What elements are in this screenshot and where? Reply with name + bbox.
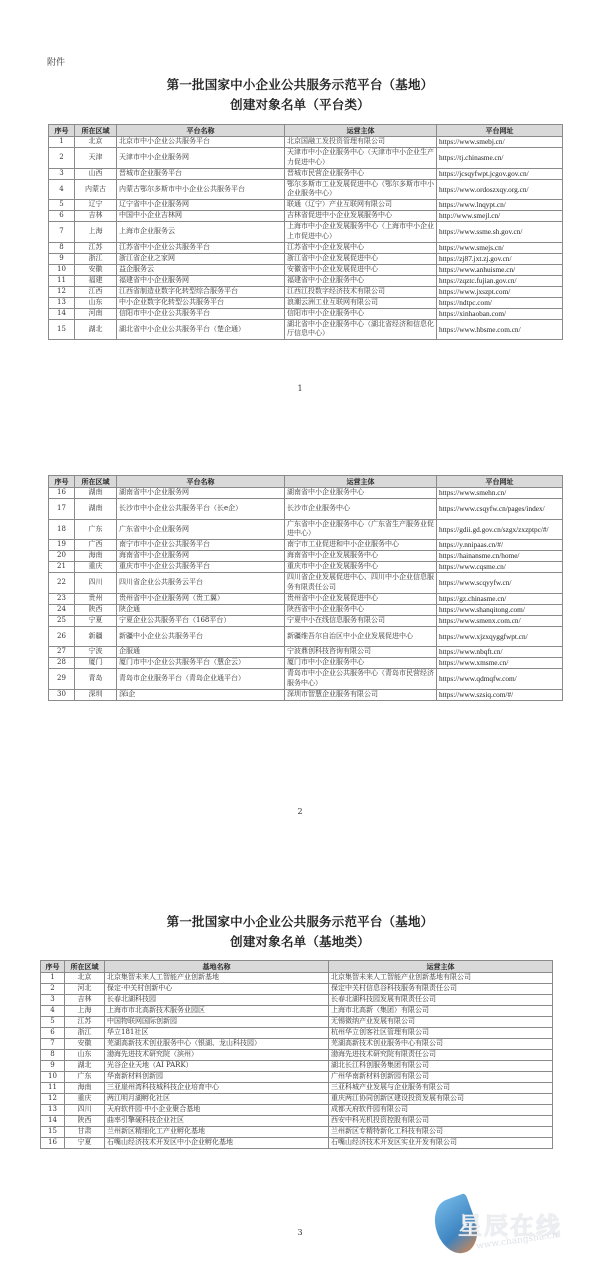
cell-operator: 宁夏中小在线信息服务有限公司 xyxy=(285,615,437,626)
cell-operator: 江西江投数字经济技术有限公司 xyxy=(285,286,437,297)
cell-operator: 陕西省中小企业服务中心 xyxy=(285,604,437,615)
cell-url-link[interactable]: https://xinhaoban.com/ xyxy=(437,308,563,319)
cell-operator: 鄂尔多斯市工业发展促进中心（鄂尔多斯市中小企业服务中心） xyxy=(285,179,437,200)
cell-url-link[interactable]: https://jcsqyfwpt.jcgov.gov.cn/ xyxy=(437,168,563,179)
cell-operator: 湖北长江科创服务集团有限公司 xyxy=(329,1061,553,1072)
cell-number: 29 xyxy=(49,669,75,690)
cell-region: 江西 xyxy=(75,286,117,297)
cell-platform-name: 四川省企业公共服务云平台 xyxy=(117,573,285,594)
table-row: 23贵州贵州省中小企业服务网（贵工翼）贵州省中小企业发展促进中心https://… xyxy=(49,593,563,604)
cell-base-name: 芜湖高新技术创业服务中心（银湖、龙山科技园） xyxy=(105,1039,329,1050)
cell-operator: 安徽省中小企业发展促进中心 xyxy=(285,264,437,275)
cell-region: 湖北 xyxy=(75,319,117,340)
cell-base-name: 北京集智未来人工智能产业创新基地 xyxy=(105,973,329,984)
cell-base-name: 渤海先进技术研究院（滨州） xyxy=(105,1050,329,1061)
cell-number: 22 xyxy=(49,573,75,594)
column-header: 所在区域 xyxy=(65,961,105,973)
cell-region: 安徽 xyxy=(75,264,117,275)
table-row: 28厦门厦门市中小企业公共服务平台（慧企云）厦门市中小企业服务中心https:/… xyxy=(49,658,563,669)
table-row: 16宁夏石嘴山经济技术开发区中小企业孵化基地石嘴山经济技术开发区实业开发有限公司 xyxy=(41,1138,553,1149)
column-header: 平台网址 xyxy=(437,125,563,137)
table-row: 19广西南宁市中小企业公共服务平台南宁市工业促进和中小企业服务中心https:/… xyxy=(49,540,563,551)
cell-operator: 贵州省中小企业发展促进中心 xyxy=(285,593,437,604)
page-number-1: 1 xyxy=(0,384,600,393)
cell-operator: 晋城市民营企业服务中心 xyxy=(285,168,437,179)
cell-url-link[interactable]: https://www.shanqitong.com/ xyxy=(437,604,563,615)
table-header-row: 序号所在区域基地名称运营主体 xyxy=(41,961,553,973)
cell-operator: 渤海先进技术研究院有限责任公司 xyxy=(329,1050,553,1061)
table-row: 27宁波企服通宁波鼎创科技咨询有限公司https://www.nbqft.cn/ xyxy=(49,647,563,658)
cell-platform-name: 海南省中小企业服务网 xyxy=(117,551,285,562)
cell-operator: 重庆市中小企业发展服务中心 xyxy=(285,562,437,573)
cell-number: 7 xyxy=(41,1039,65,1050)
cell-platform-name: 天津市中小企业服务网 xyxy=(117,148,285,169)
cell-url-link[interactable]: https://www.smejs.cn/ xyxy=(437,242,563,253)
table-row: 18广东广东省中小企业服务网广东省中小企业服务中心（广东省生产服务业促进中心）h… xyxy=(49,519,563,540)
cell-base-name: 上海市市北高新技术服务业园区 xyxy=(105,1006,329,1017)
cell-base-name: 中国物联网国际创新园 xyxy=(105,1017,329,1028)
cell-platform-name: 陕企通 xyxy=(117,604,285,615)
column-header: 运营主体 xyxy=(285,125,437,137)
cell-platform-name: 晋城市企业服务平台 xyxy=(117,168,285,179)
cell-platform-name: 上海市企业服务云 xyxy=(117,222,285,243)
cell-platform-name: 信阳市中小企业公共服务平台 xyxy=(117,308,285,319)
page1-title-line1: 第一批国家中小企业公共服务示范平台（基地） xyxy=(0,75,600,95)
table-row: 10广东华南新材料创新园广州华南新材料创新园有限公司 xyxy=(41,1072,553,1083)
cell-operator: 西安中科光机投资控股有限公司 xyxy=(329,1116,553,1127)
cell-region: 湖南 xyxy=(75,499,117,520)
cell-region: 贵州 xyxy=(75,593,117,604)
table-row: 15湖北湖北省中小企业公共服务平台（楚企通）湖北省中小企业服务中心（湖北省经济和… xyxy=(49,319,563,340)
table-row: 25宁夏宁夏企业公共服务平台（168平台）宁夏中小在线信息服务有限公司https… xyxy=(49,615,563,626)
cell-url-link[interactable]: https://tj.chinasme.cn/ xyxy=(437,148,563,169)
cell-url-link[interactable]: https://www.ordoszxqy.org.cn/ xyxy=(437,179,563,200)
table-row: 4内蒙古内蒙古鄂尔多斯市中小企业公共服务平台鄂尔多斯市工业发展促进中心（鄂尔多斯… xyxy=(49,179,563,200)
cell-operator: 新疆维吾尔自治区中小企业发展促进中心 xyxy=(285,626,437,647)
cell-number: 9 xyxy=(49,253,75,264)
table-row: 1北京北京市中小企业公共服务平台北京国融工发投资管理有限公司https://ww… xyxy=(49,137,563,148)
cell-number: 14 xyxy=(41,1116,65,1127)
cell-number: 6 xyxy=(41,1028,65,1039)
table-row: 20海南海南省中小企业服务网海南省中小企业发展服务中心https://haina… xyxy=(49,551,563,562)
cell-url-link[interactable]: https://gdii.gd.gov.cn/szgx/zxzptpc/#/ xyxy=(437,519,563,540)
page-number-2: 2 xyxy=(0,807,600,816)
cell-base-name: 三亚崖州湾科技城科技企业培育中心 xyxy=(105,1083,329,1094)
attachment-label: 附件 xyxy=(47,55,65,68)
table-row: 11福建福建省中小企业服务网福建省中小企业服务中心https://zqztc.f… xyxy=(49,275,563,286)
cell-operator: 兰州新区专精特新化工科技有限公司 xyxy=(329,1127,553,1138)
cell-number: 16 xyxy=(41,1138,65,1149)
cell-base-name: 曲率引擎硬科技企业社区 xyxy=(105,1116,329,1127)
table-row: 10安徽益企服务云安徽省中小企业发展促进中心https://www.anhuis… xyxy=(49,264,563,275)
cell-operator: 无锡微纳产业发展有限公司 xyxy=(329,1017,553,1028)
cell-platform-name: 厦门市中小企业公共服务平台（慧企云） xyxy=(117,658,285,669)
cell-operator: 深圳市智慧企业服务有限公司 xyxy=(285,689,437,700)
column-header: 序号 xyxy=(49,125,75,137)
cell-region: 浙江 xyxy=(65,1028,105,1039)
cell-number: 4 xyxy=(41,1006,65,1017)
table-header-row: 序号所在区域平台名称运营主体平台网址 xyxy=(49,125,563,137)
cell-number: 14 xyxy=(49,308,75,319)
cell-region: 内蒙古 xyxy=(75,179,117,200)
cell-number: 8 xyxy=(41,1050,65,1061)
cell-number: 11 xyxy=(41,1083,65,1094)
watermark-logo: 星辰在线 www.changsha.cn xyxy=(436,1198,586,1258)
cell-operator: 重庆两江协同创新区建设投资发展有限公司 xyxy=(329,1094,553,1105)
table-row: 24陕西陕企通陕西省中小企业服务中心https://www.shanqitong… xyxy=(49,604,563,615)
cell-region: 四川 xyxy=(75,573,117,594)
cell-operator: 杭州华立创客社区管理有限公司 xyxy=(329,1028,553,1039)
cell-number: 12 xyxy=(41,1094,65,1105)
cell-platform-name: 重庆市中小企业公共服务平台 xyxy=(117,562,285,573)
column-header: 所在区域 xyxy=(75,476,117,488)
cell-region: 河北 xyxy=(65,984,105,995)
cell-number: 2 xyxy=(41,984,65,995)
table-row: 11海南三亚崖州湾科技城科技企业培育中心三亚科城产业发展与企业服务有限公司 xyxy=(41,1083,553,1094)
cell-operator: 芜湖高新技术创业服务中心有限公司 xyxy=(329,1039,553,1050)
cell-number: 17 xyxy=(49,499,75,520)
cell-region: 宁夏 xyxy=(65,1138,105,1149)
cell-number: 11 xyxy=(49,275,75,286)
cell-region: 宁夏 xyxy=(75,615,117,626)
cell-number: 13 xyxy=(49,297,75,308)
cell-operator: 北京集智未来人工智能产业创新基地有限公司 xyxy=(329,973,553,984)
cell-region: 湖北 xyxy=(65,1061,105,1072)
cell-operator: 长沙市企业服务中心 xyxy=(285,499,437,520)
cell-number: 9 xyxy=(41,1061,65,1072)
table-row: 3山西晋城市企业服务平台晋城市民营企业服务中心https://jcsqyfwpt… xyxy=(49,168,563,179)
platform-table-page1: 序号所在区域平台名称运营主体平台网址 1北京北京市中小企业公共服务平台北京国融工… xyxy=(48,124,563,340)
platform-table-page2: 序号所在区域平台名称运营主体平台网址 16湖南湖南省中小企业服务网湖南省中小企业… xyxy=(48,475,563,701)
cell-platform-name: 长沙市中小企业公共服务平台（长e企） xyxy=(117,499,285,520)
cell-region: 宁波 xyxy=(75,647,117,658)
cell-operator: 吉林省促进中小企业发展服务中心 xyxy=(285,211,437,222)
cell-base-name: 华南新材料创新园 xyxy=(105,1072,329,1083)
cell-number: 18 xyxy=(49,519,75,540)
cell-operator: 浙江省中小企业发展促进中心 xyxy=(285,253,437,264)
cell-number: 7 xyxy=(49,222,75,243)
table-row: 17湖南长沙市中小企业公共服务平台（长e企）长沙市企业服务中心https://w… xyxy=(49,499,563,520)
cell-region: 新疆 xyxy=(75,626,117,647)
cell-url-link[interactable]: https://www.smebj.cn/ xyxy=(437,137,563,148)
table-row: 6浙江华立181社区杭州华立创客社区管理有限公司 xyxy=(41,1028,553,1039)
cell-platform-name: 青岛市企业服务平台（青岛企业通平台） xyxy=(117,669,285,690)
cell-url-link[interactable]: https://www.cqsme.cn/ xyxy=(437,562,563,573)
cell-operator: 成都天府软件园有限公司 xyxy=(329,1105,553,1116)
table-row: 22四川四川省企业公共服务云平台四川省企业发展促进中心、四川中小企业信息服务有限… xyxy=(49,573,563,594)
cell-number: 1 xyxy=(41,973,65,984)
cell-region: 深圳 xyxy=(75,689,117,700)
cell-region: 吉林 xyxy=(65,995,105,1006)
cell-number: 12 xyxy=(49,286,75,297)
cell-number: 24 xyxy=(49,604,75,615)
cell-number: 6 xyxy=(49,211,75,222)
column-header: 平台名称 xyxy=(117,125,285,137)
cell-url-link[interactable]: https://hainansme.cn/home/ xyxy=(437,551,563,562)
cell-operator: 北京国融工发投资管理有限公司 xyxy=(285,137,437,148)
cell-number: 30 xyxy=(49,689,75,700)
cell-region: 陕西 xyxy=(65,1116,105,1127)
base-table-page3: 序号所在区域基地名称运营主体 1北京北京集智未来人工智能产业创新基地北京集智未来… xyxy=(40,960,553,1149)
table-row: 5辽宁辽宁省中小企业服务网联通（辽宁）产业互联网有限公司https://www.… xyxy=(49,200,563,211)
cell-operator: 联通（辽宁）产业互联网有限公司 xyxy=(285,200,437,211)
cell-url-link[interactable]: https://www.jxszpt.com/ xyxy=(437,286,563,297)
cell-region: 广西 xyxy=(75,540,117,551)
cell-region: 江苏 xyxy=(75,242,117,253)
cell-number: 8 xyxy=(49,242,75,253)
cell-url-link[interactable]: https://gz.chinasme.cn/ xyxy=(437,593,563,604)
cell-operator: 江苏省中小企业发展中心 xyxy=(285,242,437,253)
cell-region: 重庆 xyxy=(65,1094,105,1105)
cell-region: 上海 xyxy=(75,222,117,243)
cell-operator: 厦门市中小企业服务中心 xyxy=(285,658,437,669)
cell-operator: 南宁市工业促进和中小企业服务中心 xyxy=(285,540,437,551)
cell-operator: 保定中关村信息谷科技服务有限责任公司 xyxy=(329,984,553,995)
cell-operator: 福建省中小企业服务中心 xyxy=(285,275,437,286)
cell-url-link[interactable]: https://www.qdmqfw.com/ xyxy=(437,669,563,690)
cell-platform-name: 宁夏企业公共服务平台（168平台） xyxy=(117,615,285,626)
cell-number: 4 xyxy=(49,179,75,200)
table-row: 21重庆重庆市中小企业公共服务平台重庆市中小企业发展服务中心https://ww… xyxy=(49,562,563,573)
cell-region: 山东 xyxy=(65,1050,105,1061)
table-row: 8江苏江苏省中小企业公共服务平台江苏省中小企业发展中心https://www.s… xyxy=(49,242,563,253)
cell-url-link[interactable]: https://www.smenx.com.cn/ xyxy=(437,615,563,626)
table-row: 5江苏中国物联网国际创新园无锡微纳产业发展有限公司 xyxy=(41,1017,553,1028)
cell-number: 10 xyxy=(41,1072,65,1083)
cell-url-link[interactable]: https://www.lnqypt.cn/ xyxy=(437,200,563,211)
cell-region: 陕西 xyxy=(75,604,117,615)
cell-url-link[interactable]: https://zqztc.fujian.gov.cn/ xyxy=(437,275,563,286)
cell-platform-name: 湖北省中小企业公共服务平台（楚企通） xyxy=(117,319,285,340)
page1-title-line2: 创建对象名单（平台类） xyxy=(0,95,600,115)
cell-region: 青岛 xyxy=(75,669,117,690)
cell-region: 海南 xyxy=(75,551,117,562)
cell-operator: 天津市中小企业服务中心（天津市中小企业生产力促进中心） xyxy=(285,148,437,169)
column-header: 平台名称 xyxy=(117,476,285,488)
cell-base-name: 两江明月湖孵化社区 xyxy=(105,1094,329,1105)
cell-operator: 宁波鼎创科技咨询有限公司 xyxy=(285,647,437,658)
column-header: 所在区域 xyxy=(75,125,117,137)
table-row: 7安徽芜湖高新技术创业服务中心（银湖、龙山科技园）芜湖高新技术创业服务中心有限公… xyxy=(41,1039,553,1050)
cell-url-link[interactable]: https://ndtpc.com/ xyxy=(437,297,563,308)
cell-region: 厦门 xyxy=(75,658,117,669)
table-row: 9湖北光谷企业天地（AI PARK）湖北长江科创服务集团有限公司 xyxy=(41,1061,553,1072)
cell-platform-name: 浙江省企业之家网 xyxy=(117,253,285,264)
cell-url-link[interactable]: https://www.csqyfw.cn/pages/index/ xyxy=(437,499,563,520)
cell-platform-name: 贵州省中小企业服务网（贵工翼） xyxy=(117,593,285,604)
cell-region: 重庆 xyxy=(75,562,117,573)
cell-operator: 长春北湖科技园发展有限责任公司 xyxy=(329,995,553,1006)
cell-platform-name: 新疆中小企业公共服务平台 xyxy=(117,626,285,647)
page3-title-line2: 创建对象名单（基地类） xyxy=(0,932,600,952)
table-row: 8山东渤海先进技术研究院（滨州）渤海先进技术研究院有限责任公司 xyxy=(41,1050,553,1061)
cell-number: 15 xyxy=(41,1127,65,1138)
cell-url-link[interactable]: https://zj87.jxt.zj.gov.cn/ xyxy=(437,253,563,264)
cell-region: 安徽 xyxy=(65,1039,105,1050)
cell-platform-name: 江西省制造业数字化转型综合服务平台 xyxy=(117,286,285,297)
cell-region: 江苏 xyxy=(65,1017,105,1028)
table-row: 29青岛青岛市企业服务平台（青岛企业通平台）青岛市中小企业公共服务中心（青岛市民… xyxy=(49,669,563,690)
cell-number: 20 xyxy=(49,551,75,562)
cell-platform-name: 辽宁省中小企业服务网 xyxy=(117,200,285,211)
cell-operator: 广东省中小企业服务中心（广东省生产服务业促进中心） xyxy=(285,519,437,540)
cell-number: 19 xyxy=(49,540,75,551)
cell-base-name: 天府软件园·中小企业聚合基地 xyxy=(105,1105,329,1116)
cell-operator: 浪潮云洲工业互联网有限公司 xyxy=(285,297,437,308)
cell-number: 23 xyxy=(49,593,75,604)
cell-platform-name: 江苏省中小企业公共服务平台 xyxy=(117,242,285,253)
table-row: 9浙江浙江省企业之家网浙江省中小企业发展促进中心https://zj87.jxt… xyxy=(49,253,563,264)
table-row: 12重庆两江明月湖孵化社区重庆两江协同创新区建设投资发展有限公司 xyxy=(41,1094,553,1105)
table-row: 4上海上海市市北高新技术服务业园区上海市北高新（集团）有限公司 xyxy=(41,1006,553,1017)
cell-platform-name: 深i企 xyxy=(117,689,285,700)
cell-operator: 三亚科城产业发展与企业服务有限公司 xyxy=(329,1083,553,1094)
cell-url-link[interactable]: https://www.anhuisme.cn/ xyxy=(437,264,563,275)
cell-number: 5 xyxy=(41,1017,65,1028)
table-row: 6吉林中国中小企业吉林网吉林省促进中小企业发展服务中心http://www.sm… xyxy=(49,211,563,222)
cell-region: 甘肃 xyxy=(65,1127,105,1138)
cell-url-link[interactable]: https://www.nbqft.cn/ xyxy=(437,647,563,658)
cell-operator: 四川省企业发展促进中心、四川中小企业信息服务有限责任公司 xyxy=(285,573,437,594)
cell-platform-name: 福建省中小企业服务网 xyxy=(117,275,285,286)
cell-region: 山东 xyxy=(75,297,117,308)
cell-platform-name: 内蒙古鄂尔多斯市中小企业公共服务平台 xyxy=(117,179,285,200)
cell-region: 北京 xyxy=(75,137,117,148)
cell-number: 26 xyxy=(49,626,75,647)
table-row: 14陕西曲率引擎硬科技企业社区西安中科光机投资控股有限公司 xyxy=(41,1116,553,1127)
cell-region: 海南 xyxy=(65,1083,105,1094)
table-row: 12江西江西省制造业数字化转型综合服务平台江西江投数字经济技术有限公司https… xyxy=(49,286,563,297)
cell-number: 10 xyxy=(49,264,75,275)
cell-url-link[interactable]: https://y.nnipaas.cn/#/ xyxy=(437,540,563,551)
table-row: 15甘肃兰州新区精细化工产业孵化基地兰州新区专精特新化工科技有限公司 xyxy=(41,1127,553,1138)
cell-region: 浙江 xyxy=(75,253,117,264)
cell-url-link[interactable]: https://www.szsiq.com/#/ xyxy=(437,689,563,700)
column-header: 运营主体 xyxy=(329,961,553,973)
cell-region: 广东 xyxy=(65,1072,105,1083)
cell-number: 27 xyxy=(49,647,75,658)
table-row: 14河南信阳市中小企业公共服务平台信阳市中小企业服务中心https://xinh… xyxy=(49,308,563,319)
cell-operator: 广州华南新材料创新园有限公司 xyxy=(329,1072,553,1083)
column-header: 序号 xyxy=(49,476,75,488)
cell-base-name: 保定·中关村创新中心 xyxy=(105,984,329,995)
table-header-row: 序号所在区域平台名称运营主体平台网址 xyxy=(49,476,563,488)
cell-operator: 信阳市中小企业服务中心 xyxy=(285,308,437,319)
table-row: 3吉林长春北湖科技园长春北湖科技园发展有限责任公司 xyxy=(41,995,553,1006)
cell-region: 山西 xyxy=(75,168,117,179)
page3-title-line1: 第一批国家中小企业公共服务示范平台（基地） xyxy=(0,912,600,932)
column-header: 平台网址 xyxy=(437,476,563,488)
cell-operator: 湖北省中小企业服务中心（湖北省经济和信息化厅信息中心） xyxy=(285,319,437,340)
column-header: 运营主体 xyxy=(285,476,437,488)
cell-region: 辽宁 xyxy=(75,200,117,211)
cell-platform-name: 北京市中小企业公共服务平台 xyxy=(117,137,285,148)
column-header: 序号 xyxy=(41,961,65,973)
cell-number: 16 xyxy=(49,488,75,499)
cell-region: 北京 xyxy=(65,973,105,984)
cell-platform-name: 南宁市中小企业公共服务平台 xyxy=(117,540,285,551)
table-row: 2河北保定·中关村创新中心保定中关村信息谷科技服务有限责任公司 xyxy=(41,984,553,995)
cell-operator: 青岛市中小企业公共服务中心（青岛市民营经济服务中心） xyxy=(285,669,437,690)
cell-url-link[interactable]: https://www.xmsme.cn/ xyxy=(437,658,563,669)
cell-base-name: 兰州新区精细化工产业孵化基地 xyxy=(105,1127,329,1138)
table-row: 13四川天府软件园·中小企业聚合基地成都天府软件园有限公司 xyxy=(41,1105,553,1116)
cell-region: 上海 xyxy=(65,1006,105,1017)
cell-region: 湖南 xyxy=(75,488,117,499)
cell-operator: 上海市中小企业发展服务中心（上海市中小企业上市促进中心） xyxy=(285,222,437,243)
cell-region: 四川 xyxy=(65,1105,105,1116)
cell-platform-name: 湖南省中小企业服务网 xyxy=(117,488,285,499)
cell-operator: 石嘴山经济技术开发区实业开发有限公司 xyxy=(329,1138,553,1149)
cell-number: 25 xyxy=(49,615,75,626)
table-row: 2天津天津市中小企业服务网天津市中小企业服务中心（天津市中小企业生产力促进中心）… xyxy=(49,148,563,169)
cell-number: 1 xyxy=(49,137,75,148)
cell-operator: 湖南省中小企业服务中心 xyxy=(285,488,437,499)
table-row: 7上海上海市企业服务云上海市中小企业发展服务中心（上海市中小企业上市促进中心）h… xyxy=(49,222,563,243)
cell-url-link[interactable]: https://www.hbsme.com.cn/ xyxy=(437,319,563,340)
table-row: 13山东中小企业数字化转型公共服务平台浪潮云洲工业互联网有限公司https://… xyxy=(49,297,563,308)
cell-region: 广东 xyxy=(75,519,117,540)
cell-number: 15 xyxy=(49,319,75,340)
cell-operator: 上海市北高新（集团）有限公司 xyxy=(329,1006,553,1017)
cell-platform-name: 中小企业数字化转型公共服务平台 xyxy=(117,297,285,308)
table-row: 1北京北京集智未来人工智能产业创新基地北京集智未来人工智能产业创新基地有限公司 xyxy=(41,973,553,984)
cell-region: 河南 xyxy=(75,308,117,319)
cell-number: 21 xyxy=(49,562,75,573)
cell-operator: 海南省中小企业发展服务中心 xyxy=(285,551,437,562)
cell-url-link[interactable]: https://www.ssme.sh.gov.cn/ xyxy=(437,222,563,243)
cell-number: 3 xyxy=(41,995,65,1006)
cell-region: 吉林 xyxy=(75,211,117,222)
cell-platform-name: 广东省中小企业服务网 xyxy=(117,519,285,540)
cell-number: 28 xyxy=(49,658,75,669)
cell-number: 13 xyxy=(41,1105,65,1116)
cell-url-link[interactable]: https://www.smehn.cn/ xyxy=(437,488,563,499)
cell-region: 天津 xyxy=(75,148,117,169)
cell-url-link[interactable]: https://www.scqyyfw.cn/ xyxy=(437,573,563,594)
cell-platform-name: 中国中小企业吉林网 xyxy=(117,211,285,222)
cell-base-name: 华立181社区 xyxy=(105,1028,329,1039)
table-row: 16湖南湖南省中小企业服务网湖南省中小企业服务中心https://www.sme… xyxy=(49,488,563,499)
column-header: 基地名称 xyxy=(105,961,329,973)
table-row: 30深圳深i企深圳市智慧企业服务有限公司https://www.szsiq.co… xyxy=(49,689,563,700)
cell-region: 福建 xyxy=(75,275,117,286)
cell-number: 3 xyxy=(49,168,75,179)
cell-number: 2 xyxy=(49,148,75,169)
table-row: 26新疆新疆中小企业公共服务平台新疆维吾尔自治区中小企业发展促进中心https:… xyxy=(49,626,563,647)
cell-platform-name: 益企服务云 xyxy=(117,264,285,275)
cell-platform-name: 企服通 xyxy=(117,647,285,658)
cell-base-name: 光谷企业天地（AI PARK） xyxy=(105,1061,329,1072)
cell-number: 5 xyxy=(49,200,75,211)
cell-base-name: 石嘴山经济技术开发区中小企业孵化基地 xyxy=(105,1138,329,1149)
cell-base-name: 长春北湖科技园 xyxy=(105,995,329,1006)
cell-url-link[interactable]: https://www.xjzxqyggfwpt.cn/ xyxy=(437,626,563,647)
cell-url-link[interactable]: http://www.smejl.cn/ xyxy=(437,211,563,222)
